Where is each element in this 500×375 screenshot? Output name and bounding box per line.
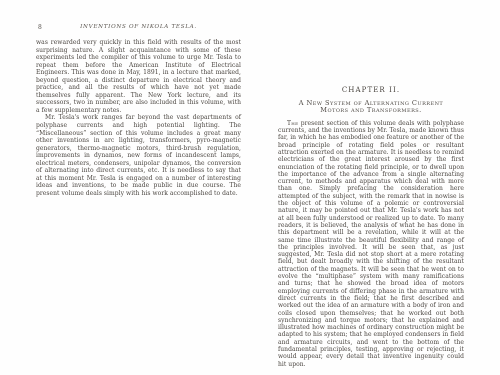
left-page-body: was rewarded very quickly in this field … (36, 39, 241, 197)
left-paragraph-misc: Mr. Tesla's work ranges far beyond the v… (36, 114, 241, 197)
page-number: 8 (38, 24, 42, 31)
chapter-heading: CHAPTER II. (278, 86, 464, 94)
chapter-body-paragraph: The present section of this volume deals… (278, 120, 464, 368)
left-page-running-head: 8 INVENTIONS OF NIKOLA TESLA. (36, 24, 241, 32)
left-paragraph-continuation: was rewarded very quickly in this field … (36, 39, 241, 114)
left-page: 8 INVENTIONS OF NIKOLA TESLA. was reward… (36, 24, 241, 197)
chapter-title: A New System of Alternating Current Moto… (278, 100, 464, 114)
running-title: INVENTIONS OF NIKOLA TESLA. (36, 24, 241, 30)
paragraph-lead-smallcaps: The (287, 120, 298, 127)
right-page: CHAPTER II. A New System of Alternating … (278, 86, 464, 368)
paragraph-text: present section of this volume deals wit… (278, 120, 464, 368)
book-spread: 8 INVENTIONS OF NIKOLA TESLA. was reward… (0, 0, 500, 375)
right-page-body: The present section of this volume deals… (278, 120, 464, 368)
